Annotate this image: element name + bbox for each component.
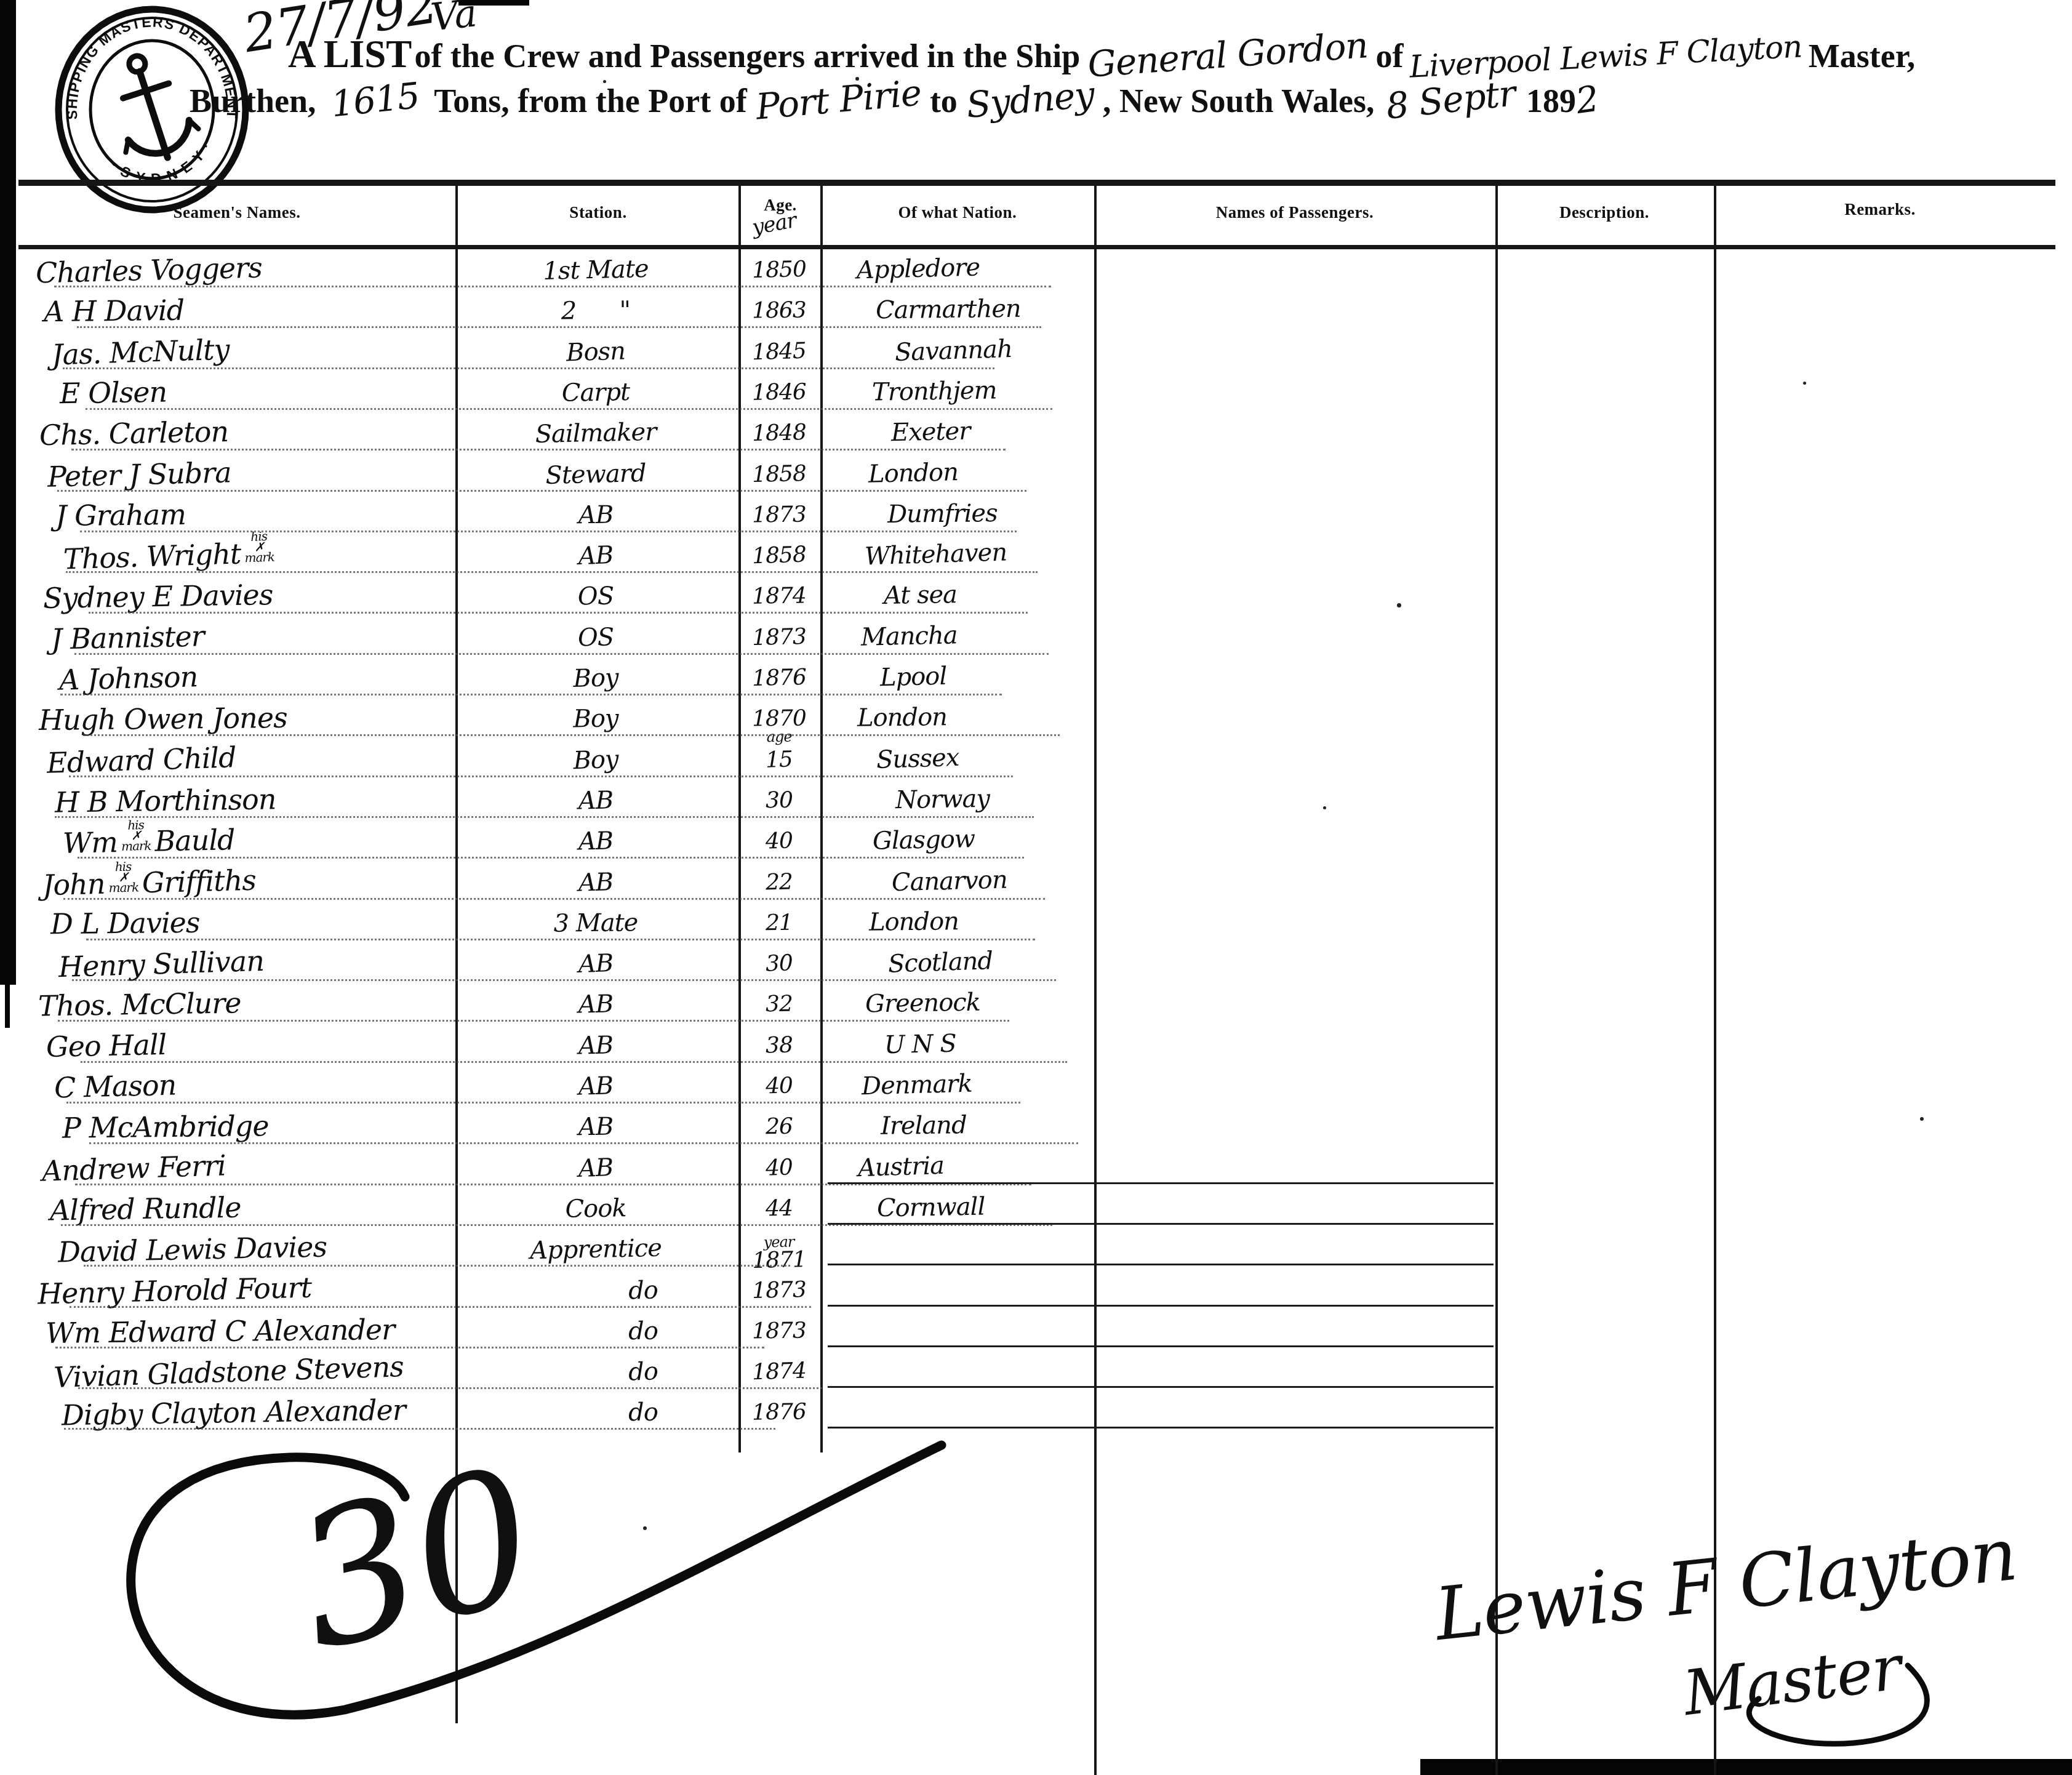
age-value: 1873	[752, 502, 806, 527]
tons-handwritten: 1615	[329, 74, 421, 126]
station-value: AB	[578, 1072, 613, 1100]
table-row: Jas. McNultyBosn1845Savannah	[0, 333, 2072, 374]
age-value: 1845	[752, 338, 807, 365]
row-rule-dotted	[72, 978, 1056, 981]
table-row: Sydney E DaviesOS1874At sea	[0, 577, 2072, 618]
age-value: year1871	[752, 1236, 807, 1273]
table-row: J GrahamAB1873Dumfries	[0, 496, 2072, 537]
table-row: Chs. CarletonSailmaker1848Exeter	[0, 414, 2072, 455]
nation-value: Sussex	[876, 743, 959, 774]
station-value: Boy	[573, 663, 618, 693]
station-value: 2 "	[561, 297, 631, 326]
row-rule-dotted	[66, 570, 1038, 573]
row-rule-dotted	[55, 1345, 764, 1348]
ship-name-handwritten: General Gordon	[1087, 24, 1370, 86]
nation-value: Appledore	[856, 254, 980, 285]
his-mark-annotation: his✗mark	[121, 820, 151, 852]
row-rule-dotted	[58, 1019, 1009, 1022]
nation-value: Denmark	[861, 1070, 972, 1100]
seaman-name: D L Davies	[50, 906, 200, 941]
age-value: 30	[765, 950, 793, 976]
age-note: year	[752, 1236, 806, 1248]
age-value: 1858	[752, 460, 807, 487]
header-nation: Of what Nation.	[898, 203, 1017, 222]
seaman-name: J Bannister	[50, 619, 204, 655]
nation-value: Cornwall	[877, 1193, 985, 1223]
row-rule-dotted	[81, 1060, 1067, 1063]
row-rule-dotted	[60, 692, 1002, 695]
row-rule-solid	[828, 1344, 1494, 1347]
title-burthen: Burthen,	[190, 82, 316, 119]
station-value: Apprentice	[530, 1234, 662, 1265]
row-rule-dotted	[77, 325, 1041, 328]
seaman-name: Thos. McClure	[38, 987, 241, 1023]
seaman-name: C Mason	[54, 1068, 177, 1105]
title-line-2: Burthen, 1615 Tons, from the Port of Por…	[190, 79, 1598, 121]
header-passengers: Names of Passengers.	[1216, 203, 1374, 222]
row-rule-dotted	[64, 1427, 775, 1430]
station-value: AB	[578, 1153, 614, 1183]
title-to: to	[930, 82, 958, 119]
age-value: 1873	[752, 624, 806, 651]
station-value: Carpt	[562, 378, 630, 407]
seaman-name: A Johnson	[58, 660, 198, 696]
nation-value: Dumfries	[887, 499, 998, 529]
row-rule-dotted	[63, 897, 1045, 900]
seaman-name: H B Morthinson	[55, 782, 276, 819]
station-value: Steward	[545, 459, 646, 490]
age-value: 40	[766, 1073, 793, 1099]
age-value: 1874	[752, 583, 806, 609]
row-rule-dotted	[66, 1100, 1020, 1104]
date-year-handwritten: 2	[1574, 78, 1601, 122]
speck	[643, 1526, 647, 1530]
nation-value: Carmarthen	[876, 295, 1021, 324]
station-value: AB	[578, 868, 613, 897]
age-value: 1870age	[752, 706, 806, 743]
title-a-list: A LIST	[288, 33, 412, 76]
seaman-name: P McAmbridge	[62, 1110, 269, 1145]
row-rule-dotted	[63, 366, 994, 369]
port-from-handwritten: Port Pirie	[754, 71, 922, 127]
row-rule-dotted	[69, 774, 1013, 777]
age-value: 1876	[752, 1400, 806, 1425]
age-value: 38	[766, 1032, 793, 1058]
table-row: Johnhis✗markGriffithsAB22Canarvon	[0, 863, 2072, 904]
nation-value: Mancha	[861, 621, 958, 651]
station-value: AB	[578, 786, 614, 815]
table-row: Wm Edward C Alexanderdo1873	[0, 1312, 2072, 1353]
table-row: A H David2 "1863Carmarthen	[0, 292, 2072, 332]
age-value: 1858	[752, 542, 807, 569]
table-header-bottom-rule	[18, 245, 2055, 249]
seaman-name: Digby Clayton Alexander	[62, 1393, 406, 1432]
header-description: Description.	[1559, 203, 1649, 222]
nation-value: Savannah	[894, 335, 1012, 367]
station-value: 1st Mate	[543, 255, 649, 286]
station-value: do	[628, 1317, 658, 1345]
station-value: Bosn	[566, 337, 625, 367]
table-row: Hugh Owen JonesBoy1870ageLondon	[0, 700, 2072, 740]
station-value: OS	[578, 582, 614, 611]
nation-value: Norway	[895, 785, 990, 814]
age-value: 1876	[752, 665, 807, 691]
age-value: 1848	[752, 420, 806, 446]
row-rule-solid	[828, 1385, 1494, 1388]
nation-value: Austria	[857, 1151, 944, 1182]
table-row: David Lewis DaviesApprenticeyear1871	[0, 1230, 2072, 1271]
his-mark-annotation: his✗mark	[108, 860, 139, 892]
header-age-year-note: year	[750, 208, 798, 240]
row-rule-dotted	[78, 1386, 822, 1389]
table-row: P McAmbridgeAB26Ireland	[0, 1108, 2072, 1148]
age-value: 21	[766, 910, 793, 936]
row-rule-solid	[828, 1181, 1494, 1184]
master-signature-name: Lewis F Clayton	[1431, 1512, 2020, 1657]
table-top-rule	[18, 180, 2055, 186]
age-value: 22	[766, 869, 793, 895]
nation-value: Ireland	[881, 1112, 967, 1140]
row-rule-dotted	[89, 611, 1028, 614]
table-row: Thos. McClureAB32Greenock	[0, 985, 2072, 1026]
station-value: Boy	[573, 705, 618, 734]
title-nsw: , New South Wales,	[1103, 82, 1375, 119]
nation-value: U N S	[884, 1029, 956, 1059]
station-value: AB	[578, 541, 614, 571]
table-row: E OlsenCarpt1846Tronthjem	[0, 374, 2072, 414]
nation-value: Lpool	[879, 662, 946, 692]
station-value: 3 Mate	[553, 908, 638, 937]
table-row: D L Davies3 Mate21London	[0, 904, 2072, 945]
age-value: 26	[766, 1114, 793, 1139]
station-value: Sailmaker	[535, 418, 657, 449]
table-row: Thos. Wrighthis✗markAB1858Whitehaven	[0, 537, 2072, 577]
title-line-1: A LIST of the Crew and Passengers arrive…	[288, 32, 1915, 77]
row-rule-dotted	[55, 815, 1034, 818]
row-rule-dotted	[54, 284, 1051, 287]
station-value: AB	[578, 827, 613, 856]
row-rule-dotted	[80, 529, 1017, 532]
table-row: Peter J SubraSteward1858London	[0, 455, 2072, 496]
table-row: Wmhis✗markBauldAB40Glasgow	[0, 822, 2072, 863]
header-seamens-names: Seamen's Names.	[174, 203, 301, 222]
table-row: Charles Voggers1st Mate1850Appledore	[0, 251, 2072, 292]
seaman-name: Sydney E Davies	[43, 578, 273, 615]
row-rule-dotted	[70, 1305, 811, 1308]
title-year-printed: 189	[1526, 82, 1576, 119]
age-value: 1863	[752, 298, 806, 324]
nation-value: Canarvon	[891, 865, 1007, 897]
anchor-icon	[98, 44, 204, 169]
header-station: Station.	[569, 203, 626, 222]
title-master: Master,	[1809, 38, 1915, 74]
station-value: do	[628, 1357, 658, 1386]
nation-value: Scotland	[887, 947, 993, 978]
age-value: 40	[766, 828, 793, 854]
station-value: Boy	[573, 745, 618, 774]
his-mark-annotation: his✗mark	[244, 531, 274, 563]
seaman-name: J Graham	[55, 498, 186, 532]
seaman-name: Alfred Rundle	[50, 1190, 241, 1227]
nation-value: Tronthjem	[872, 376, 997, 406]
station-value: do	[628, 1276, 658, 1305]
header-remarks: Remarks.	[1844, 200, 1916, 219]
age-value: 1874	[752, 1358, 807, 1385]
seaman-name: Hugh Owen Jones	[39, 701, 287, 737]
nation-value: London	[868, 458, 958, 489]
age-value: 1846	[752, 379, 806, 405]
table-row: C MasonAB40Denmark	[0, 1067, 2072, 1108]
table-row: Edward ChildBoy15Sussex	[0, 741, 2072, 782]
nation-value: Glasgow	[873, 825, 975, 855]
table-row: J BannisterOS1873Mancha	[0, 619, 2072, 659]
nation-value: London	[869, 907, 959, 937]
age-value: 15	[765, 747, 793, 772]
nation-value: At sea	[884, 580, 958, 610]
seaman-name: Chs. Carleton	[39, 415, 228, 452]
seaman-name: Peter J Subra	[47, 455, 231, 493]
age-value: 44	[766, 1196, 793, 1222]
row-rule-solid	[828, 1425, 1494, 1428]
station-value: AB	[578, 949, 614, 979]
row-rule-solid	[828, 1262, 1494, 1265]
table-row: Henry SullivanAB30Scotland	[0, 945, 2072, 985]
table-row: Vivian Gladstone Stevensdo1874	[0, 1353, 2072, 1393]
station-value: OS	[577, 623, 614, 652]
seaman-name: Wm Edward C Alexander	[46, 1313, 395, 1350]
age-value: 32	[766, 992, 793, 1017]
seaman-name: A H David	[44, 294, 185, 328]
age-value: 40	[765, 1155, 793, 1180]
row-rule-dotted	[86, 937, 1035, 940]
scanned-crew-list-document: SHIPPING MASTERS DEPARTMENT · S Y D N E …	[0, 0, 2072, 1775]
table-row: A JohnsonBoy1876Lpool	[0, 659, 2072, 700]
seaman-name: E Olsen	[60, 375, 167, 411]
station-value: AB	[578, 990, 614, 1019]
row-rule-dotted	[78, 855, 1024, 859]
row-rule-solid	[828, 1304, 1494, 1307]
scan-edge-bar-bottom	[1420, 1759, 2072, 1775]
table-row: Geo HallAB38U N S	[0, 1027, 2072, 1067]
nation-value: London	[857, 703, 947, 733]
age-value: 1873	[752, 1318, 806, 1344]
table-row: Henry Horold Fourtdo1873	[0, 1272, 2072, 1312]
nation-value: Exeter	[891, 417, 970, 447]
date-day-handwritten: 8 Septr	[1384, 72, 1518, 127]
row-rule-dotted	[83, 733, 1060, 736]
row-rule-dotted	[86, 407, 1052, 410]
nation-value: Greenock	[865, 988, 981, 1019]
nation-value: Whitehaven	[864, 538, 1007, 571]
port-to-handwritten: Sydney	[964, 73, 1095, 126]
age-value: 1873	[752, 1276, 807, 1303]
row-rule-dotted	[71, 447, 1006, 451]
station-value: Cook	[565, 1194, 626, 1224]
crew-tally-number: 30	[276, 1427, 554, 1693]
title-of: of	[1375, 38, 1403, 74]
row-rule-dotted	[84, 1264, 790, 1267]
title-tons-from: Tons, from the Port of	[434, 82, 746, 119]
age-value: 30	[766, 788, 793, 814]
table-row: Alfred RundleCook44Cornwall	[0, 1190, 2072, 1230]
station-value: AB	[578, 1113, 614, 1142]
title-line1-text: of the Crew and Passengers arrived in th…	[414, 38, 1080, 74]
row-rule-dotted	[74, 652, 1049, 655]
table-row: Andrew FerriAB40Austria	[0, 1149, 2072, 1190]
station-value: AB	[578, 1031, 613, 1060]
row-rule-solid	[828, 1222, 1494, 1225]
age-value: 1850	[752, 257, 807, 283]
table-row: Digby Clayton Alexanderdo1876	[0, 1393, 2072, 1434]
seaman-name: Geo Hall	[46, 1028, 166, 1064]
station-value: AB	[578, 501, 614, 530]
table-row: H B MorthinsonAB30Norway	[0, 782, 2072, 822]
row-rule-dotted	[57, 489, 1026, 492]
row-rule-dotted	[89, 1141, 1078, 1144]
station-value: do	[628, 1398, 658, 1427]
